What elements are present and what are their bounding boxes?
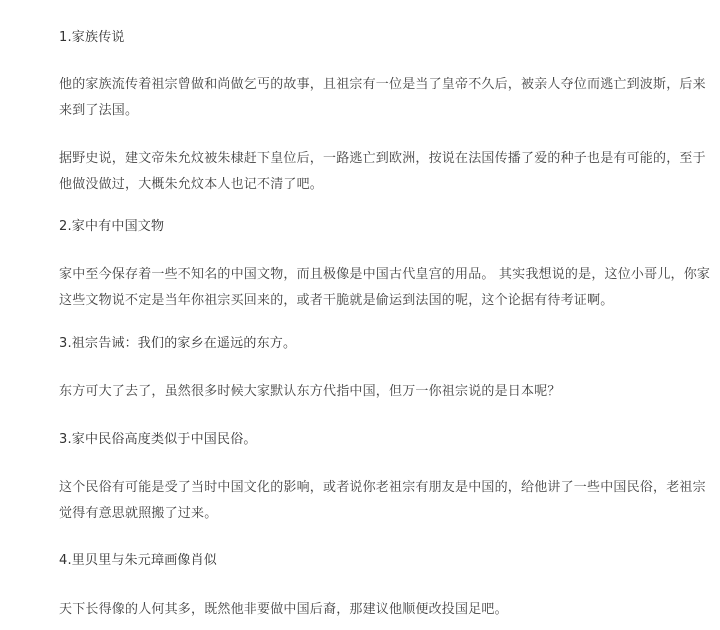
section-heading-folk-customs: 3.家中民俗高度类似于中国民俗。 [59, 427, 713, 453]
section-heading-ancestor-warning: 3.祖宗告诫：我们的家乡在遥远的东方。 [59, 331, 713, 357]
section-heading-portrait-resemblance: 4.里贝里与朱元璋画像肖似 [59, 548, 713, 574]
paragraph: 天下长得像的人何其多，既然他非要做中国后裔，那建议他顺便改投国足吧。 [59, 597, 713, 623]
paragraph: 东方可大了去了，虽然很多时候大家默认东方代指中国，但万一你祖宗说的是日本呢？ [59, 379, 713, 405]
section-heading-family-legend: 1.家族传说 [59, 25, 713, 51]
section-heading-chinese-artifacts: 2.家中有中国文物 [59, 214, 713, 240]
paragraph: 这个民俗有可能是受了当时中国文化的影响，或者说你老祖宗有朋友是中国的，给他讲了一… [59, 475, 713, 527]
paragraph: 他的家族流传着祖宗曾做和尚做乞丐的故事，且祖宗有一位是当了皇帝不久后，被亲人夺位… [59, 72, 713, 124]
paragraph: 家中至今保存着一些不知名的中国文物，而且极像是中国古代皇宫的用品。 其实我想说的… [59, 262, 713, 314]
paragraph: 据野史说，建文帝朱允炆被朱棣赶下皇位后，一路逃亡到欧洲，按说在法国传播了爱的种子… [59, 146, 713, 198]
